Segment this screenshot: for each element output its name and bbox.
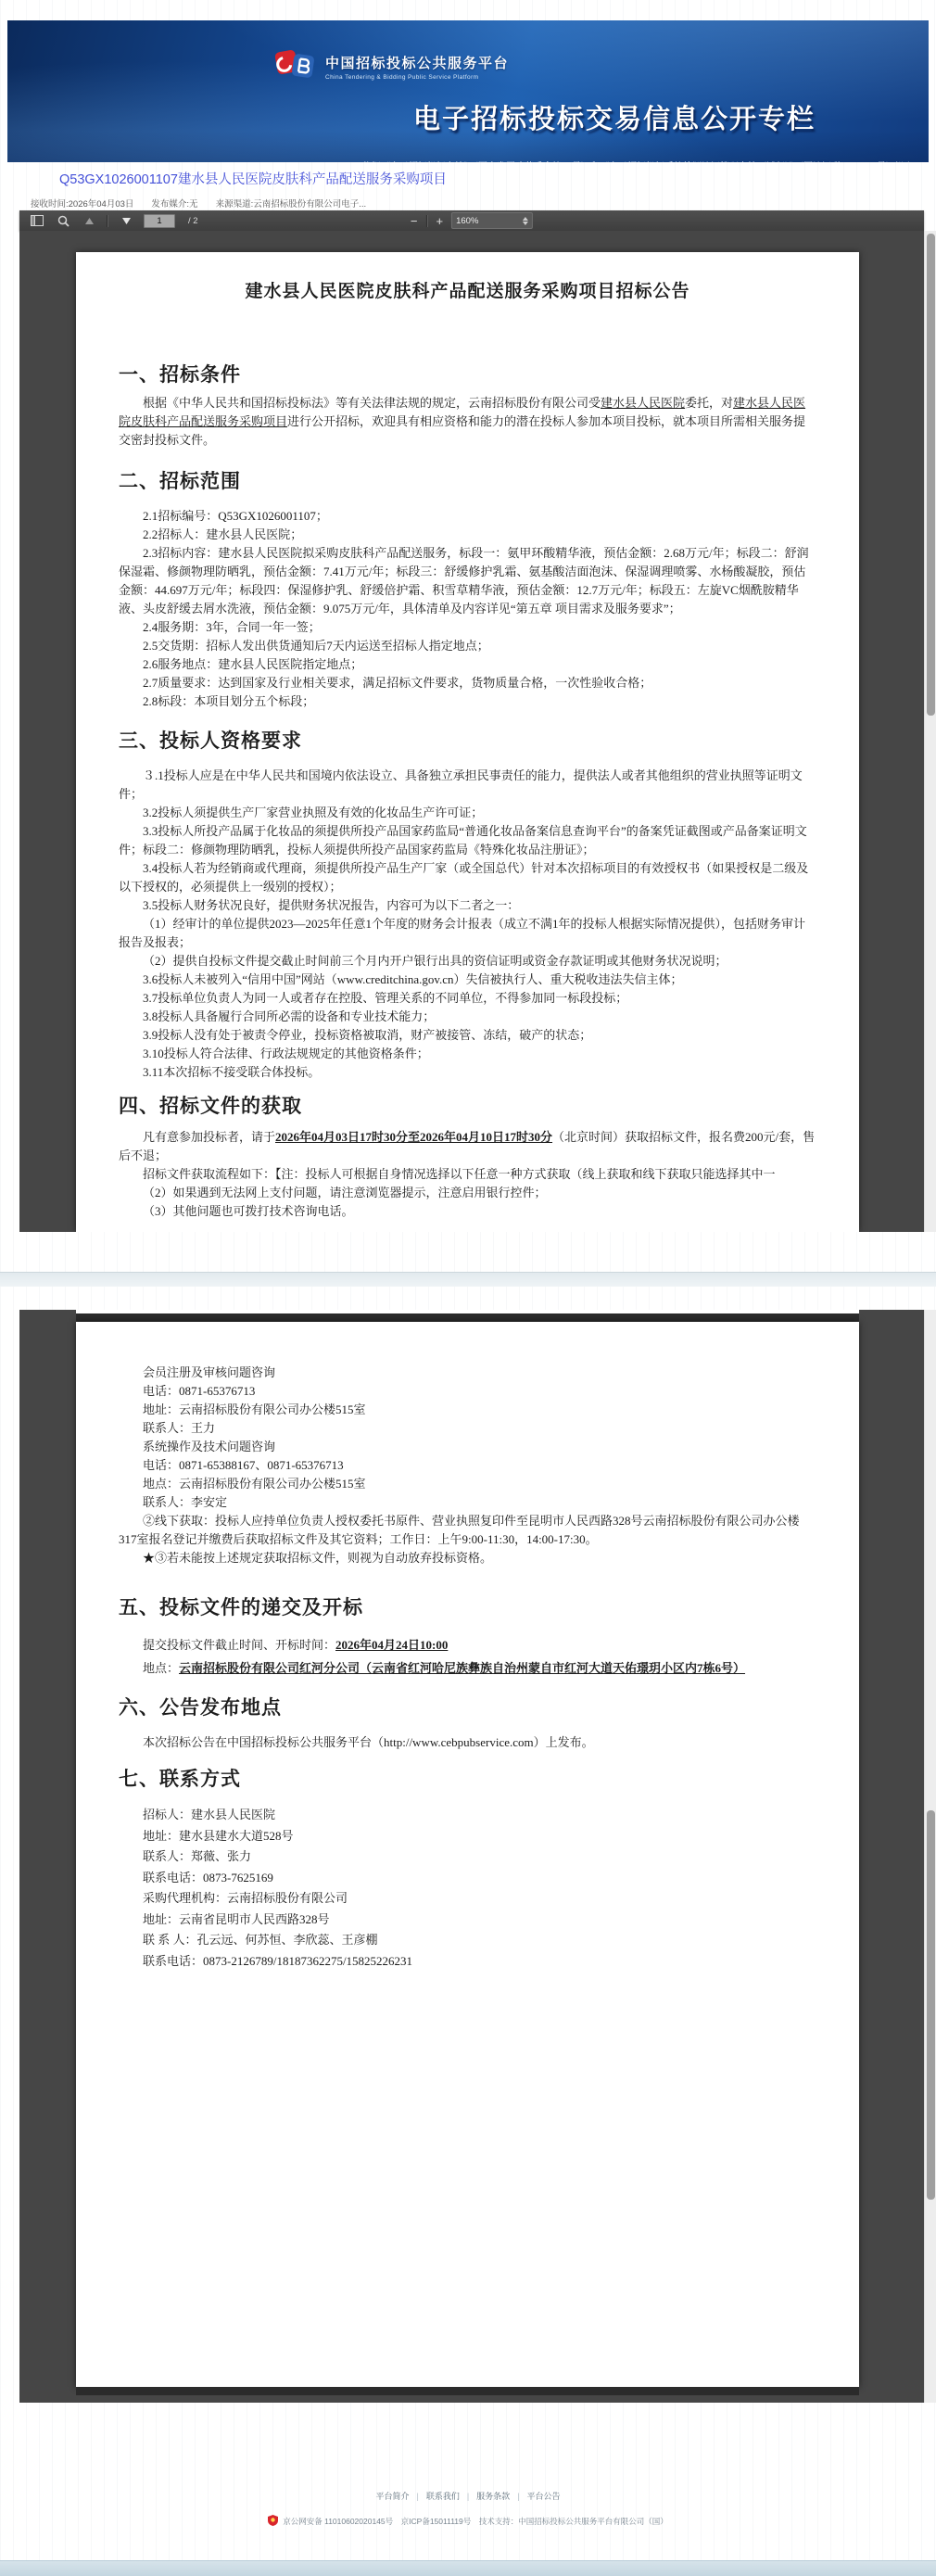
banner-title: 电子招标投标交易信息公开专栏 [413,98,816,136]
section-2-item: 2.6服务地点：建水县人民医院指定地点； [119,655,816,674]
text-run: 凡有意参加投标者，请于 [143,1130,275,1144]
section-3-item: 3.4投标人若为经销商或代理商，须提供所投产品生产厂家（或全国总代）针对本次招标… [119,859,816,896]
pdf-toolbar: / 2 − + 160% [19,210,924,231]
section-4-item: （3）其他问题也可拨打技术咨询电话。 [119,1202,816,1221]
section-2-item: 2.4服务期：3年，合同一年一签； [119,618,816,637]
section-3-items: ３.1投标人应是在中华人民共和国境内依法设立、具备独立承担民事责任的能力，提供法… [119,767,816,1082]
consultation-item: 联系人：李安定 [119,1493,816,1512]
sidebar-toggle-button[interactable] [29,212,45,229]
section-4-heading: 四、招标文件的获取 [119,1091,816,1119]
contact-item: 联系人：郑薇、张力 [119,1846,816,1868]
search-icon[interactable] [55,212,71,229]
section-4-paragraph: 凡有意参加投标者，请于2026年04月03日17时30分至2026年04月10日… [119,1128,816,1165]
previous-page-button[interactable] [81,212,97,229]
document-page-1-content: 建水县人民医院皮肤科产品配送服务采购项目招标公告 一、招标条件 根据《中华人民共… [76,277,859,1221]
inter-page-gap [76,1313,859,1322]
consultation-item: ★③若未能按上述规定获取招标文件，则视为自动放弃投标资格。 [119,1549,816,1567]
section-3-item: 3.5投标人财务状况良好，提供财务状况报告，内容可为以下二者之一： [119,896,816,915]
consultation-item: 电话：0871-65388167、0871-65376713 [119,1456,816,1475]
text-run: 根据《中华人民共和国招标投标法》等有关法律法规的规定，云南招标股份有限公司受 [143,396,601,410]
section-3-item: 3.9投标人没有处于被责令停业，投标资格被取消，财产被接管、冻结，破产的状态； [119,1026,816,1045]
document-title: 建水县人民医院皮肤科产品配送服务采购项目招标公告 [119,277,816,302]
footer-link[interactable]: 平台简介 [375,2492,425,2501]
page: 中国招标投标公共服务平台 China Tendering & Bidding P… [0,0,936,2576]
section-4-item: （2）如果遇到无法网上支付问题，请注意浏览器提示，注意启用银行控件； [119,1184,816,1202]
text-run: 地点： [143,1661,179,1675]
text-run: 提交投标文件截止时间、开标时间： [143,1638,335,1652]
section-2-items: 2.1招标编号：Q53GX1026001107；2.2招标人：建水县人民医院；2… [119,507,816,711]
consultation-item: 地址：云南招标股份有限公司办公楼515室 [119,1401,816,1419]
consultation-item: 系统操作及技术问题咨询 [119,1438,816,1456]
section-divider-band [0,1272,936,1287]
document-title-link[interactable]: Q53GX1026001107建水县人民医院皮肤科产品配送服务采购项目 [59,169,447,188]
section-2-item: 2.3招标内容：建水县人民医院拟采购皮肤科产品配送服务，标段一：氨甲环酸精华液，… [119,544,816,618]
platform-logo-text: 中国招标投标公共服务平台 China Tendering & Bidding P… [325,53,509,81]
contact-item: 联 系 人：孔云远、何苏恒、李欣蕊、王彦棚 [119,1930,816,1951]
consultation-item: ②线下获取：投标人应持单位负责人授权委托书原件、营业执照复印件至昆明市人民西路3… [119,1512,816,1549]
section-1-heading: 一、招标条件 [119,360,816,387]
section-2-item: 2.7质量要求：达到国家及行业相关要求，满足招标文件要求，货物质量合格，一次性验… [119,674,816,692]
footer-link[interactable]: 平台公告 [527,2492,561,2501]
text-run: 2026年04月03日17时30分至2026年04月10日17时30分 [275,1130,552,1144]
platform-name: 中国招标投标公共服务平台 [325,53,509,72]
section-3-heading: 三、投标人资格要求 [119,726,816,754]
pdf-toolbar-zoom-group: − + 160% [411,212,533,229]
document-page-2-content: 会员注册及审核问题咨询电话：0871-65376713地址：云南招标股份有限公司… [76,1364,859,1972]
zoom-in-button[interactable]: + [436,215,444,227]
contact-item: 地址：建水县建水大道528号 [119,1826,816,1847]
inter-page-gap-bottom [76,2387,859,2395]
toolbar-divider [107,215,108,227]
pdf-page-1: 建水县人民医院皮肤科产品配送服务采购项目招标公告 一、招标条件 根据《中华人民共… [76,252,859,1232]
section-2-item: 2.1招标编号：Q53GX1026001107； [119,507,816,526]
section-3-item: 3.8投标人具备履行合同所必需的设备和专业技术能力； [119,1008,816,1026]
consultation-item: 会员注册及审核问题咨询 [119,1364,816,1382]
section-2-item: 2.5交货期：招标人发出供货通知后7天内运送至招标人指定地点； [119,637,816,655]
section-4-items: 招标文件获取流程如下：【注：投标人可根据自身情况选择以下任意一种方式获取（线上获… [119,1165,816,1221]
contact-item: 招标人：建水县人民医院 [119,1805,816,1826]
section-3-item: （1）经审计的单位提供2023—2025年任意1个年度的财务会计报表（成立不满1… [119,915,816,952]
section-2-item: 2.2招标人：建水县人民医院； [119,526,816,544]
pdf-toolbar-left: / 2 [29,212,198,229]
meta-publish-media: 发布媒介:无 [151,197,197,209]
section-3-item: 3.6投标人未被列入“信用中国”网站（www.creditchina.gov.c… [119,971,816,989]
section-1-paragraph: 根据《中华人民共和国招标投标法》等有关法律法规的规定，云南招标股份有限公司受建水… [119,394,816,450]
footer-icp-text: 京公网安备 11010602020145号 京ICP备15011119号 技术支… [283,2516,668,2527]
section-5-location: 地点：云南招标股份有限公司红河分公司（云南省红河哈尼族彝族自治州蒙自市红河大道天… [119,1656,816,1680]
pdf-scrollbar-1[interactable] [924,231,936,1232]
meta-received-time: 接收时间:2026年04月03日 [31,197,133,209]
next-page-button[interactable] [118,212,134,229]
meta-source-channel: 来源渠道:云南招标股份有限公司电子... [216,197,367,209]
text-run: 委托，对 [685,396,733,410]
zoom-level-select[interactable]: 160% [451,212,533,229]
scrollbar-thumb[interactable] [927,234,935,716]
platform-name-en: China Tendering & Bidding Public Service… [325,74,509,81]
footer-band [0,2560,936,2576]
section-5-heading: 五、投标文件的递交及开标 [119,1593,816,1620]
zoom-level-value: 160% [456,216,478,226]
section-3-item: ３.1投标人应是在中华人民共和国境内依法设立、具备独立承担民事责任的能力，提供法… [119,767,816,804]
banner: 中国招标投标公共服务平台 China Tendering & Bidding P… [7,20,929,162]
zoom-select-spinner-icon [523,217,528,225]
pdf-viewer-block-2: 会员注册及审核问题咨询电话：0871-65376713地址：云南招标股份有限公司… [19,1310,924,2403]
contact-item: 联系电话：0873-7625169 [119,1868,816,1889]
zoom-out-button[interactable]: − [411,215,418,227]
section-7-items: 招标人：建水县人民医院地址：建水县建水大道528号联系人：郑薇、张力联系电话：0… [119,1805,816,1972]
section-3-item: 3.10投标人符合法律、行政法规规定的其他资格条件； [119,1045,816,1063]
platform-logo-icon [274,46,317,86]
banner-note: 依据《电子招标投标办法》（国家发展改革委令第20号）和《电子招标投标系统检测认证… [362,159,914,162]
pdf-viewer-block-1: 建水县人民医院皮肤科产品配送服务采购项目招标公告 一、招标条件 根据《中华人民共… [19,231,924,1232]
section-6-paragraph: 本次招标公告在中国招标投标公共服务平台（http://www.cebpubser… [119,1733,816,1752]
section-3-item: 3.11本次招标不接受联合体投标。 [119,1063,816,1082]
section-3-item: 3.7投标单位负责人为同一人或者存在控股、管理关系的不同单位，不得参加同一标段投… [119,989,816,1008]
section-2-heading: 二、招标范围 [119,466,816,494]
platform-logo: 中国招标投标公共服务平台 China Tendering & Bidding P… [274,46,509,86]
text-run: 建水县人民医院 [601,396,685,410]
contact-item: 采购代理机构：云南招标股份有限公司 [119,1888,816,1910]
contact-item: 地址：云南省昆明市人民西路328号 [119,1910,816,1931]
toolbar-divider [426,215,428,227]
text-run: 2026年04月24日10:00 [335,1638,448,1652]
section-5-deadline: 提交投标文件截止时间、开标时间：2026年04月24日10:00 [119,1633,816,1656]
section-2-item: 2.8标段：本项目划分五个标段； [119,692,816,711]
consultation-item: 联系人：王力 [119,1419,816,1438]
pdf-scrollbar-2[interactable] [924,1310,936,2403]
footer-link[interactable]: 联系我们 [426,2492,476,2501]
text-run: 云南招标股份有限公司红河分公司（云南省红河哈尼族彝族自治州蒙自市红河大道天佑璟玥… [179,1661,745,1675]
footer-links: 平台简介联系我们服务条款平台公告 [0,2490,936,2502]
meta-row: 接收时间:2026年04月03日 发布媒介:无 来源渠道:云南招标股份有限公司电… [31,197,366,209]
consultation-contact-items: 会员注册及审核问题咨询电话：0871-65376713地址：云南招标股份有限公司… [119,1364,816,1567]
section-3-item: （2）提供自投标文件提交截止时间前三个月内开户银行出具的资信证明或资金存款证明或… [119,952,816,971]
scrollbar-thumb[interactable] [927,1810,935,2200]
footer-icp-row: 京公网安备 11010602020145号 京ICP备15011119号 技术支… [0,2515,936,2528]
section-7-heading: 七、联系方式 [119,1764,816,1792]
section-6-heading: 六、公告发布地点 [119,1693,816,1720]
section-4-item: 招标文件获取流程如下：【注：投标人可根据自身情况选择以下任意一种方式获取（线上获… [119,1165,816,1184]
consultation-item: 地点：云南招标股份有限公司办公楼515室 [119,1475,816,1493]
contact-item: 联系电话：0873-2126789/18187362275/1582522623… [119,1951,816,1973]
section-3-item: 3.3投标人所投产品属于化妆品的须提供所投产品国家药监局“普通化妆品备案信息查询… [119,822,816,859]
public-security-badge-icon [268,2515,278,2528]
footer-link[interactable]: 服务条款 [476,2492,526,2501]
section-3-item: 3.2投标人须提供生产厂家营业执照及有效的化妆品生产许可证； [119,804,816,822]
pdf-page-2: 会员注册及审核问题咨询电话：0871-65376713地址：云南招标股份有限公司… [76,1322,859,2387]
page-count-label: / 2 [188,216,198,226]
page-number-input[interactable] [144,214,175,228]
consultation-item: 电话：0871-65376713 [119,1382,816,1401]
